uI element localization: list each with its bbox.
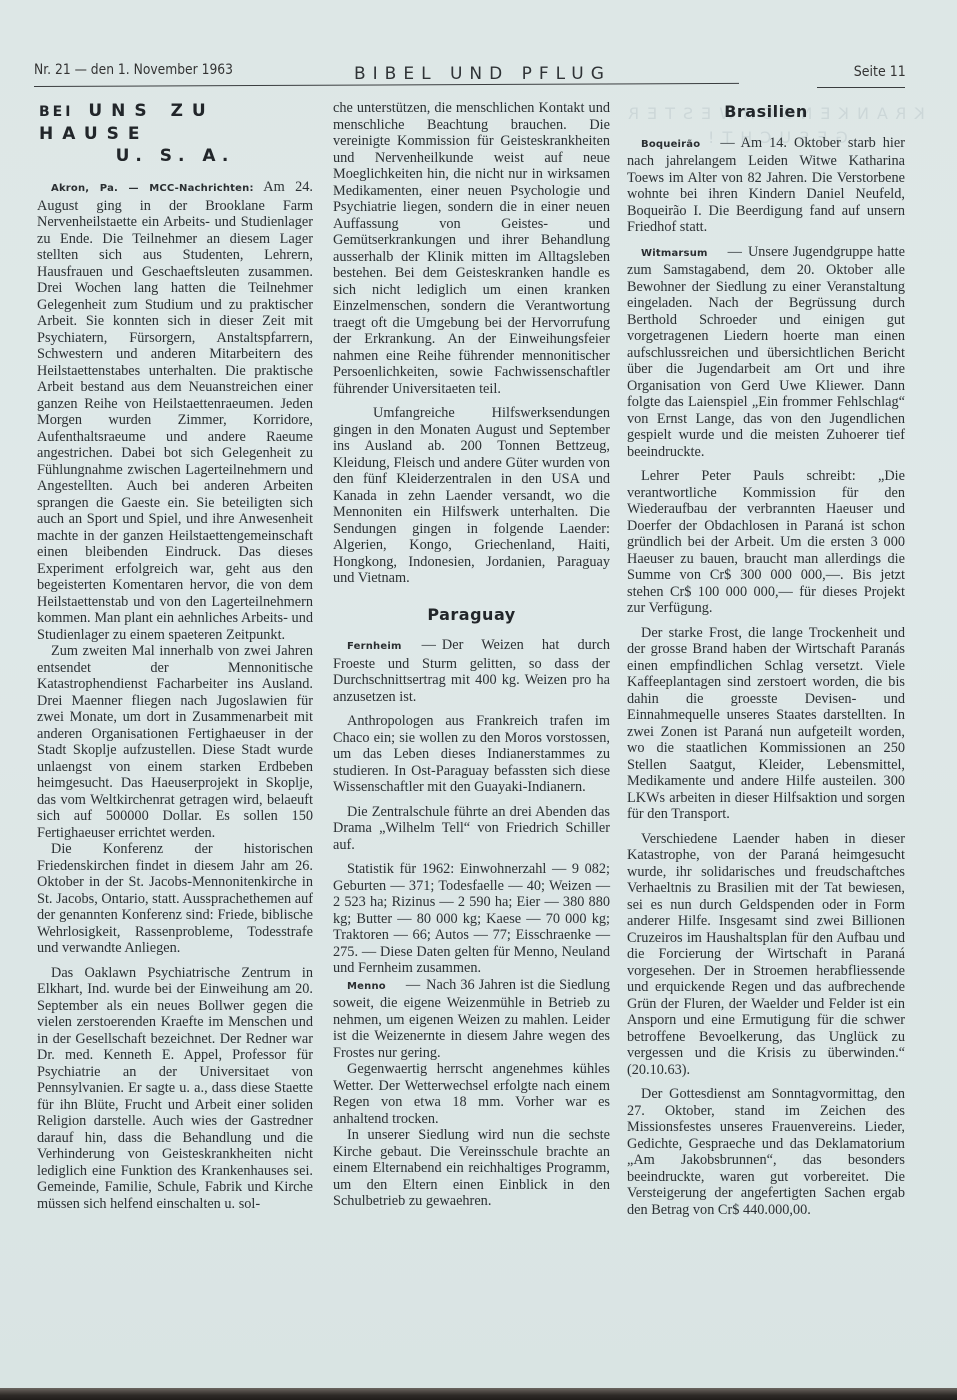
article-paragraph: Anthropologen aus Frankreich trafen im C… xyxy=(333,713,610,796)
article-paragraph: che unterstützen, die menschlichen Konta… xyxy=(333,100,610,397)
em-dash: — xyxy=(402,637,442,654)
article-paragraph: Der Gottesdienst am Sonntagvormittag, de… xyxy=(627,1086,905,1218)
header-rule xyxy=(34,83,739,87)
dateline: Witmarsum xyxy=(641,248,708,259)
newspaper-page: KRANKENSCHWESTER GESUCHT! Nr. 21 — den 1… xyxy=(0,0,957,1390)
em-dash: — xyxy=(386,977,426,994)
article-paragraph: Boqueirão—Am 14. Oktober starb hier nach… xyxy=(627,135,905,236)
column-1: BEI UNS ZU HAUSE U. S. A. Akron, Pa. — M… xyxy=(37,100,313,1212)
article-paragraph: Das Oaklawn Psychiatrische Zentrum in El… xyxy=(37,965,313,1213)
article-paragraph: Statistik für 1962: Einwohnerzahl — 9 08… xyxy=(333,861,610,977)
page-number: Seite 11 xyxy=(854,64,906,80)
article-paragraph: Verschiedene Laender haben in dieser Kat… xyxy=(627,831,905,1079)
article-paragraph: Menno—Nach 36 Jahren ist die Siedlung so… xyxy=(333,977,610,1062)
region-heading-paraguay: Paraguay xyxy=(333,607,610,624)
region-heading-brasilien: Brasilien xyxy=(627,104,905,121)
dateline: Menno xyxy=(347,981,386,992)
header-rule-right xyxy=(817,87,905,88)
article-paragraph: Umfangreiche Hilfswerksendungen gingen i… xyxy=(333,405,610,587)
section-title: BEI UNS ZU HAUSE xyxy=(37,100,313,145)
article-paragraph: Gegenwaertig herrscht angenehmes kühles … xyxy=(333,1061,610,1127)
section-title-bei: BEI xyxy=(39,104,73,120)
region-heading-usa: U. S. A. xyxy=(37,145,313,167)
dateline: Boqueirão xyxy=(641,139,700,150)
dateline: Akron, Pa. — MCC-Nachrichten: xyxy=(51,183,254,194)
column-3: Brasilien Boqueirão—Am 14. Oktober starb… xyxy=(627,100,905,1218)
column-2: che unterstützen, die menschlichen Konta… xyxy=(333,100,610,1210)
dateline: Fernheim xyxy=(347,641,402,652)
page-header: Nr. 21 — den 1. November 1963 BIBEL UND … xyxy=(34,60,906,90)
article-paragraph: Witmarsum—Unsere Jugendgruppe hatte zum … xyxy=(627,244,905,461)
issue-date: Nr. 21 — den 1. November 1963 xyxy=(34,62,233,78)
publication-title: BIBEL UND PFLUG xyxy=(354,64,611,84)
em-dash: — xyxy=(708,244,748,261)
article-paragraph: Der starke Frost, die lange Trockenheit … xyxy=(627,625,905,823)
article-paragraph: Die Konferenz der historischen Friedensk… xyxy=(37,841,313,957)
article-paragraph: Zum zweiten Mal innerhalb von zwei Jahre… xyxy=(37,643,313,841)
page-bottom-edge xyxy=(0,1388,957,1400)
em-dash: — xyxy=(700,135,740,152)
article-paragraph: Lehrer Peter Pauls schreibt: „Die verant… xyxy=(627,468,905,617)
article-paragraph: In unserer Siedlung wird nun die sechste… xyxy=(333,1127,610,1210)
article-paragraph: Die Zentralschule führte an drei Abenden… xyxy=(333,804,610,854)
article-paragraph: Fernheim—Der Weizen hat durch Froeste un… xyxy=(333,637,610,705)
paragraph-text: Unsere Jugendgruppe hatte zum Samstagabe… xyxy=(627,244,905,460)
article-paragraph: Akron, Pa. — MCC-Nachrichten: Am 24. Aug… xyxy=(37,179,313,643)
paragraph-text: Am 24. August ging in der Brooklane Farm… xyxy=(37,179,313,643)
